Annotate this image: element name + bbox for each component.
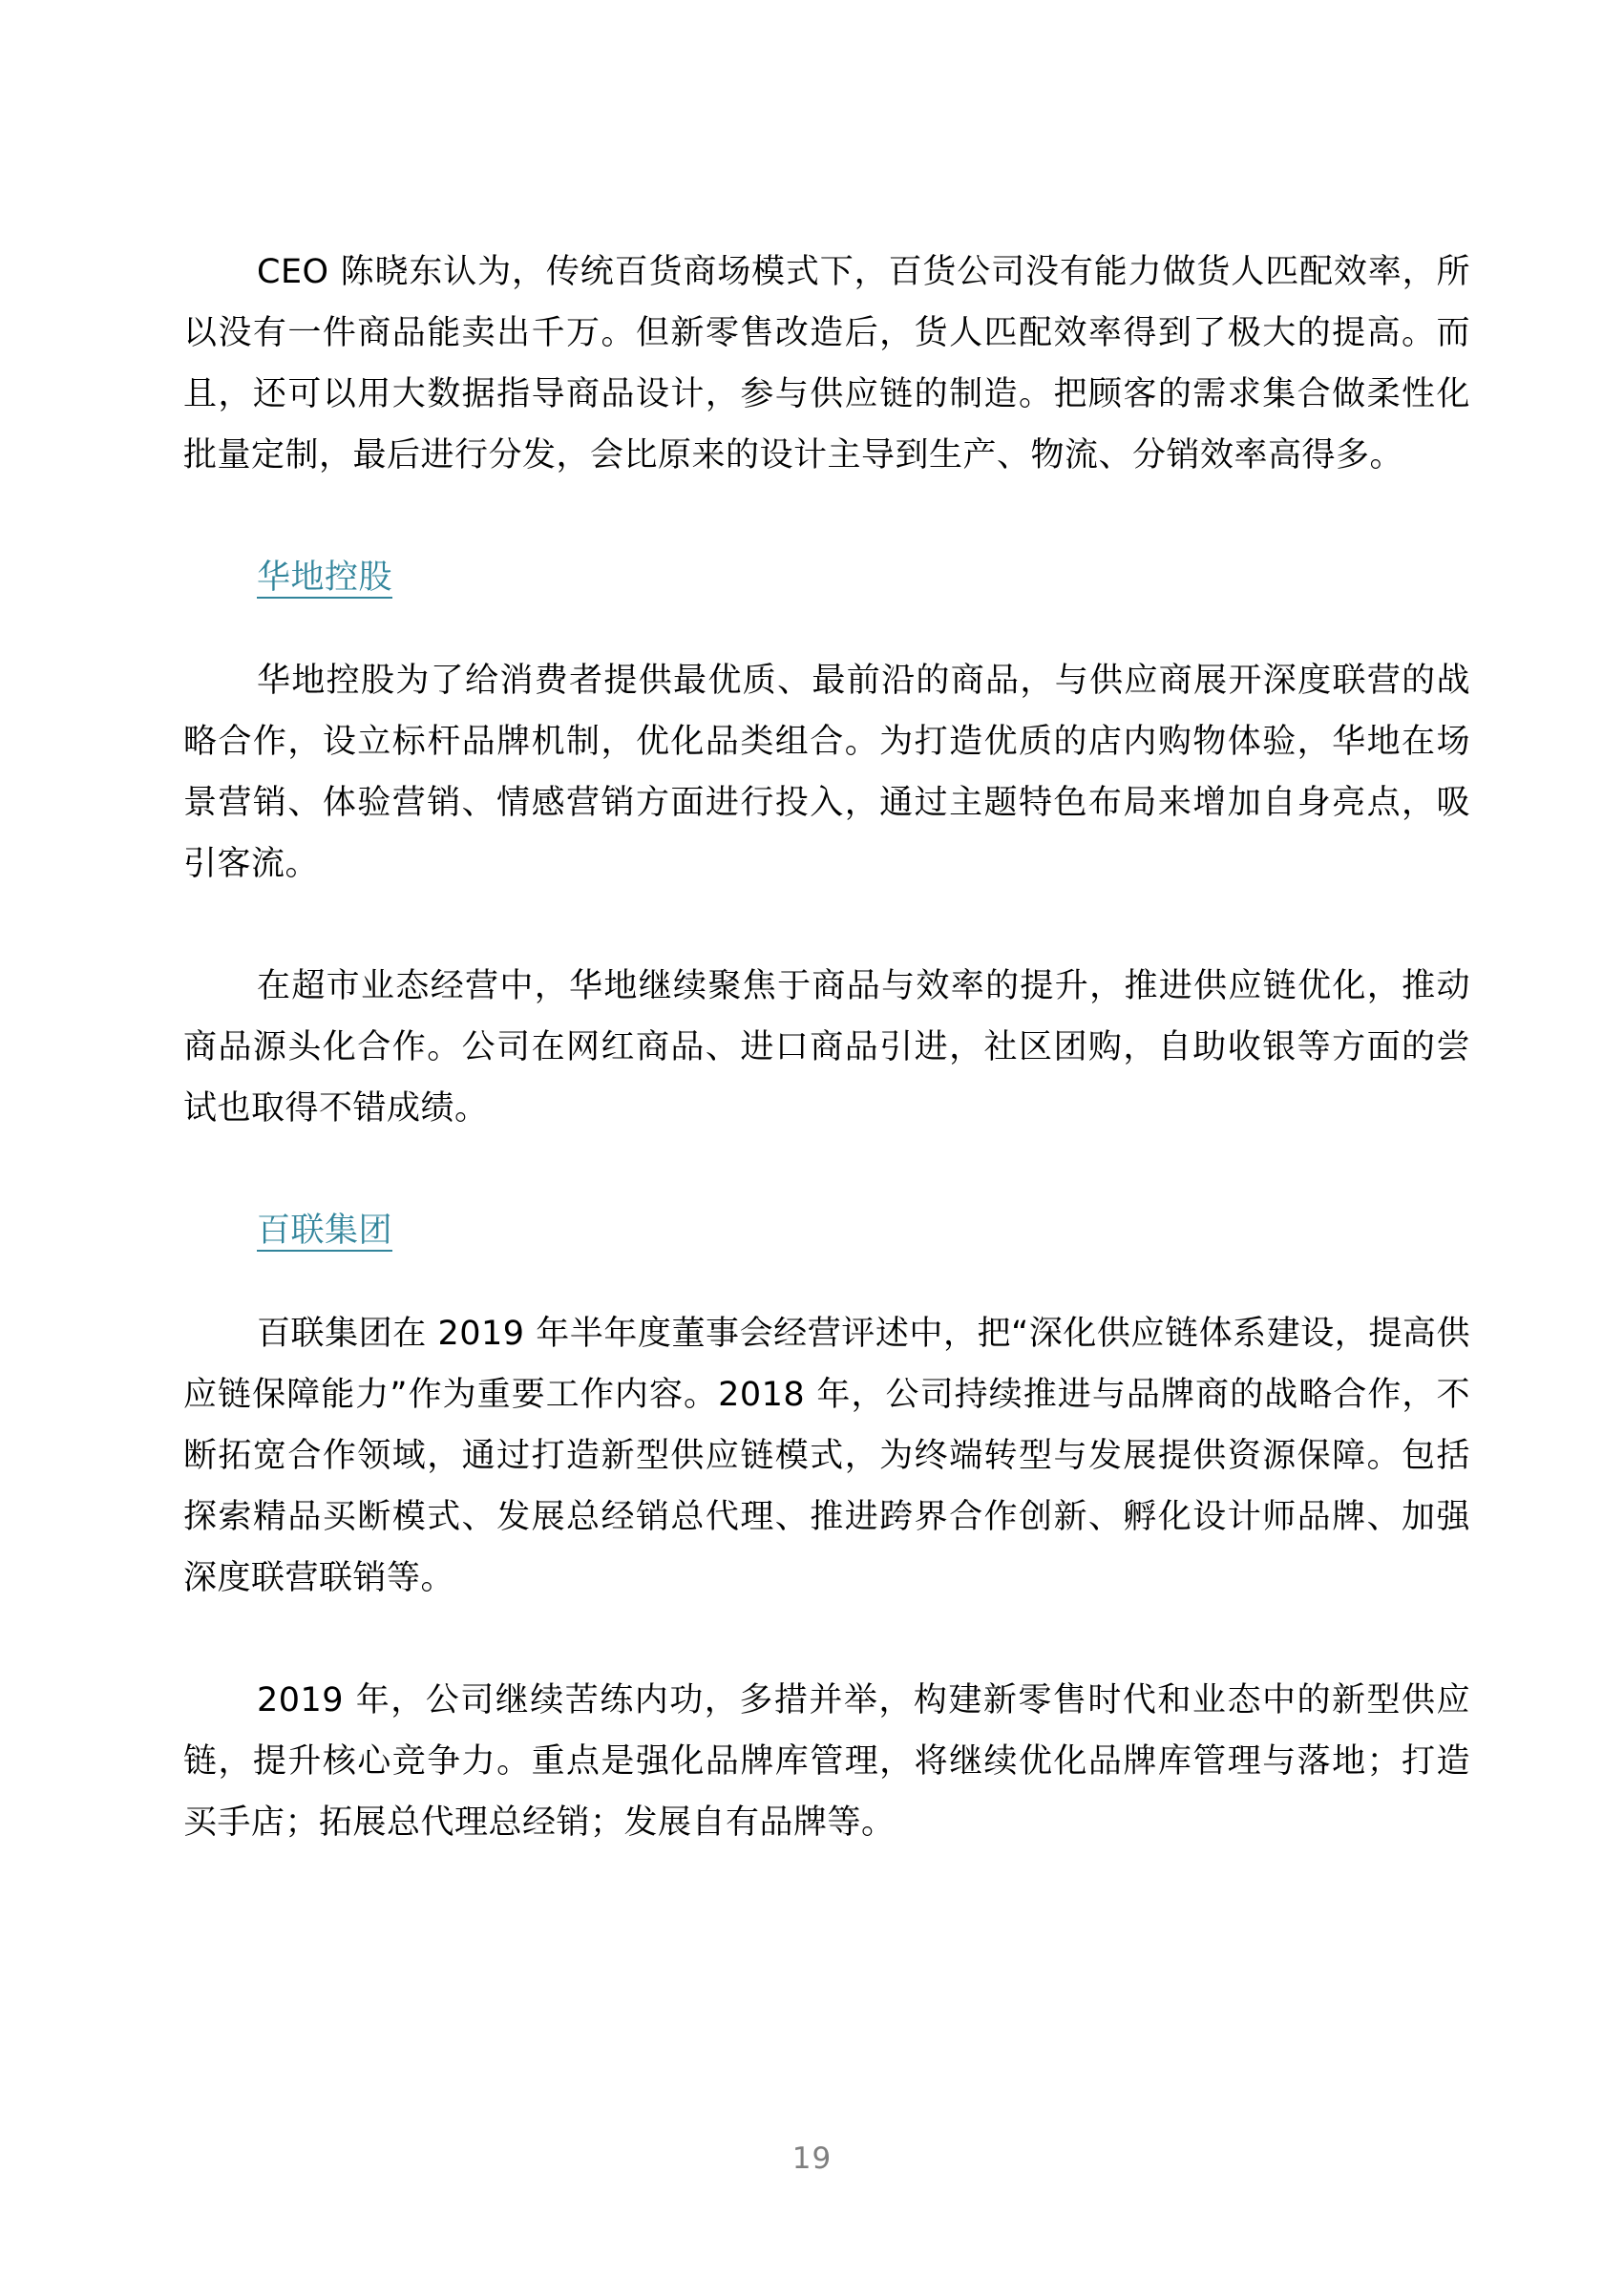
paragraph-bailian-2019-plan: 2019 年，公司继续苦练内功，多措并举，构建新零售时代和业态中的新型供应链，提… [183, 1670, 1470, 1853]
bailian-group-link[interactable]: 百联集团 [257, 1212, 392, 1250]
paragraph-bailian-supply-chain: 百联集团在 2019 年半年度董事会经营评述中，把“深化供应链体系建设，提高供应… [183, 1303, 1470, 1609]
document-body: CEO 陈晓东认为，传统百货商场模式下，百货公司没有能力做货人匹配效率，所以没有… [183, 242, 1470, 1914]
document-page: CEO 陈晓东认为，传统百货商场模式下，百货公司没有能力做货人匹配效率，所以没有… [0, 0, 1624, 2278]
paragraph-huadi-supermarket: 在超市业态经营中，华地继续聚焦于商品与效率的提升，推进供应链优化，推动商品源头化… [183, 956, 1470, 1139]
section-heading-bailian: 百联集团 [183, 1200, 1470, 1261]
page-number: 19 [792, 2141, 832, 2176]
paragraph-huadi-strategy: 华地控股为了给消费者提供最优质、最前沿的商品，与供应商展开深度联营的战略合作，设… [183, 650, 1470, 895]
huadi-holdings-link[interactable]: 华地控股 [257, 559, 392, 597]
paragraph-ceo-new-retail: CEO 陈晓东认为，传统百货商场模式下，百货公司没有能力做货人匹配效率，所以没有… [183, 242, 1470, 486]
page-footer: 19 [0, 2141, 1624, 2176]
section-heading-huadi: 华地控股 [183, 547, 1470, 608]
